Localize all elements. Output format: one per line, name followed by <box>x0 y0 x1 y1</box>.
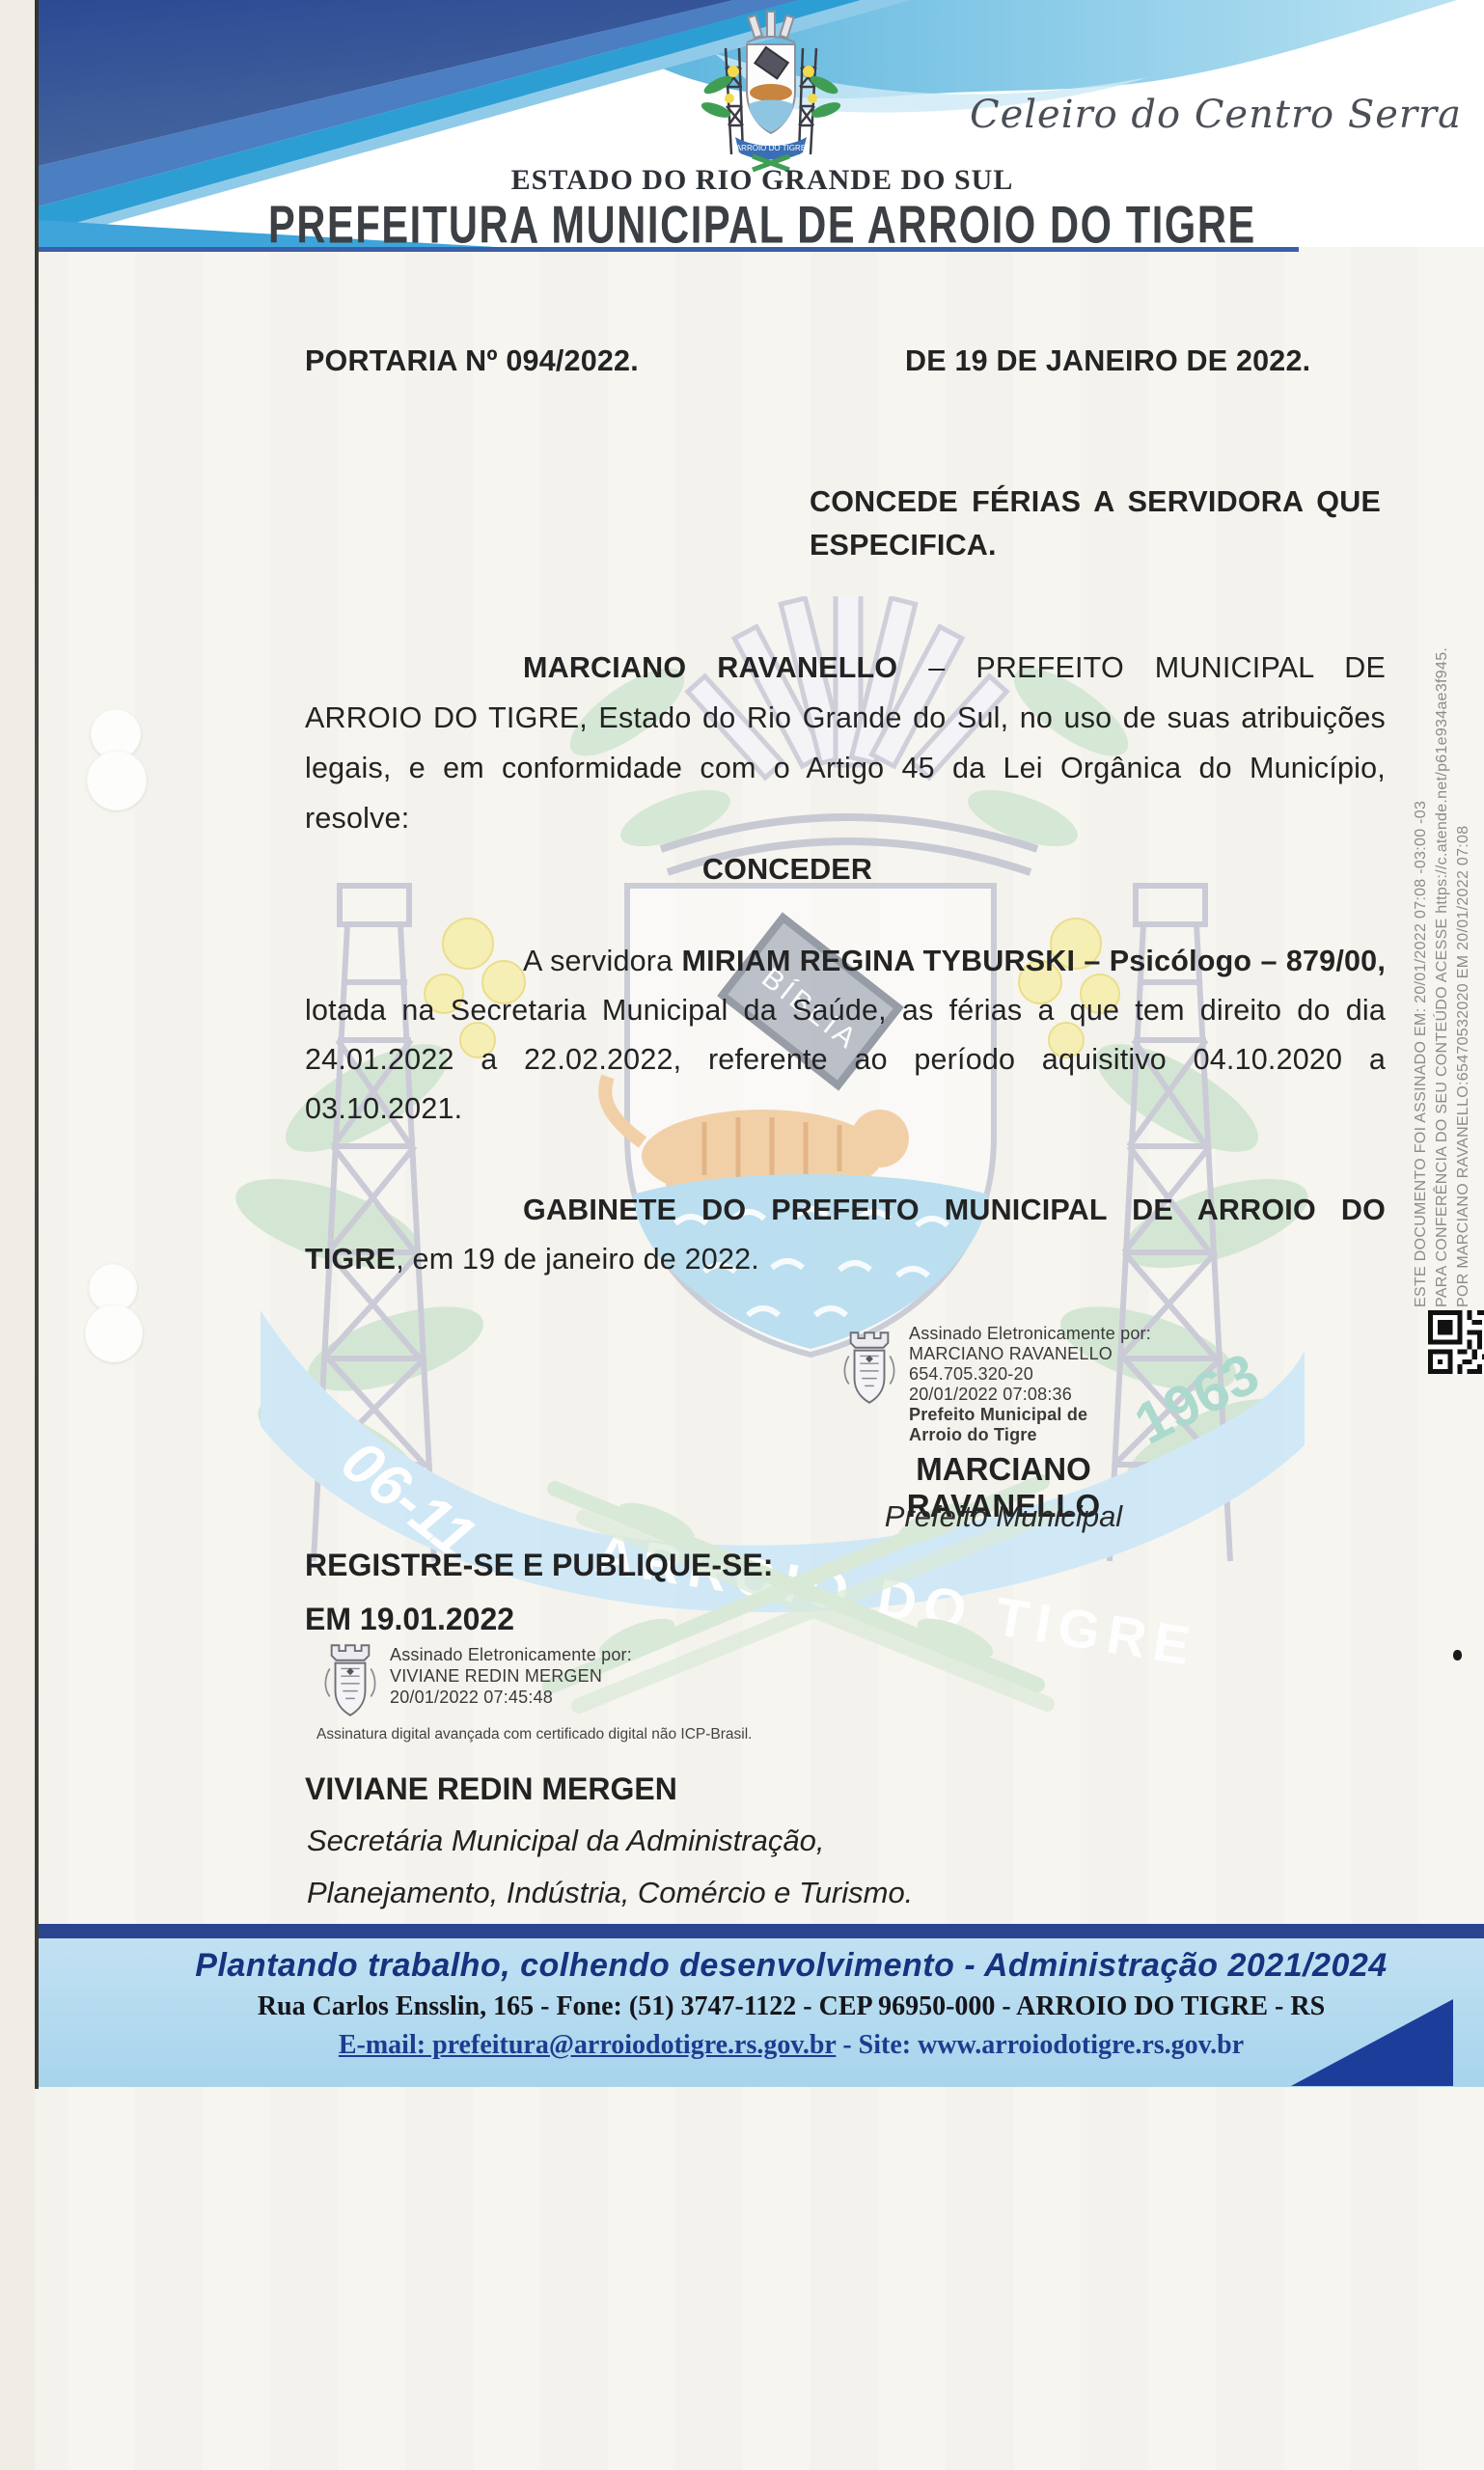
stamp-line: 20/01/2022 07:08:36 <box>909 1385 1151 1405</box>
validation-line: PARA CONFERÊNCIA DO SEU CONTEÚDO ACESSE … <box>1432 622 1453 1307</box>
mayor-electronic-stamp: Assinado Eletronicamente por: MARCIANO R… <box>909 1324 1151 1445</box>
portaria-number: PORTARIA Nº 094/2022. <box>305 336 639 386</box>
closing-paragraph: GABINETE DO PREFEITO MUNICIPAL DE ARROIO… <box>305 1186 1386 1284</box>
municipal-crest-logo: ARROIO DO TIGRE <box>697 10 845 174</box>
grant-paragraph-text: lotada na Secretaria Municipal da Saúde,… <box>305 994 1386 1125</box>
stamp-line: 654.705.320-20 <box>909 1364 1151 1385</box>
portaria-date: DE 19 DE JANEIRO DE 2022. <box>905 336 1310 386</box>
header-entity-name: PREFEITURA MUNICIPAL DE ARROIO DO TIGRE <box>135 195 1389 253</box>
stamp-line: Assinado Eletronicamente por: <box>909 1324 1151 1344</box>
ink-speck <box>1453 1650 1462 1660</box>
mayor-name-inline: MARCIANO RAVANELLO <box>523 651 897 684</box>
certificate-note: Assinatura digital avançada com certific… <box>316 1725 799 1743</box>
mayor-stamp-crest-icon <box>841 1328 897 1409</box>
secretary-role-line1: Secretária Municipal da Administração, <box>307 1824 824 1858</box>
register-heading: REGISTRE-SE E PUBLIQUE-SE: <box>305 1548 773 1583</box>
secretary-role-line2: Planejamento, Indústria, Comércio e Turi… <box>307 1876 913 1910</box>
stamp-line: MARCIANO RAVANELLO <box>909 1344 1151 1364</box>
document-summary: CONCEDE FÉRIAS A SERVIDORA QUE ESPECIFIC… <box>810 480 1381 567</box>
grant-paragraph: A servidora MIRIAM REGINA TYBURSKI – Psi… <box>305 937 1386 1134</box>
footer-top-stripe <box>39 1924 1484 1938</box>
stamp-line: VIVIANE REDIN MERGEN <box>390 1665 632 1687</box>
footer-address: Rua Carlos Ensslin, 165 - Fone: (51) 374… <box>116 1991 1467 2022</box>
scanned-document-page: BÍBLIA 06-11 ARROIO DO TIGRE 1963 <box>0 0 1484 2470</box>
emblem-ribbon-label: ARROIO DO TIGRE <box>736 144 806 152</box>
header-script-motto: Celeiro do Centro Serra <box>965 93 1467 137</box>
punch-hole <box>87 751 147 810</box>
scan-edge-line <box>35 0 39 2089</box>
mayor-signature-role: Prefeito Municipal <box>820 1499 1187 1534</box>
footer-contact: E-mail: prefeitura@arroiodotigre.rs.gov.… <box>116 2030 1467 2061</box>
stamp-line: Assinado Eletronicamente por: <box>390 1644 632 1665</box>
footer-slogan: Plantando trabalho, colhendo desenvolvim… <box>116 1947 1467 1985</box>
validation-line: POR MARCIANO RAVANELLO:65470532020 EM 20… <box>1453 622 1474 1307</box>
stamp-role-line: Arroio do Tigre <box>909 1425 1151 1445</box>
header-divider-rule <box>39 247 1299 252</box>
stamp-line: 20/01/2022 07:45:48 <box>390 1687 632 1708</box>
footer-site: - Site: www.arroiodotigre.rs.gov.br <box>836 2030 1244 2060</box>
closing-paragraph-text: , em 19 de janeiro de 2022. <box>396 1243 759 1276</box>
secretary-electronic-stamp: Assinado Eletronicamente por: VIVIANE RE… <box>390 1644 632 1708</box>
digital-validation-sidebar: ESTE DOCUMENTO FOI ASSINADO EM: 20/01/20… <box>1411 622 1474 1307</box>
grant-paragraph-pre: A servidora <box>523 945 682 977</box>
punch-hole <box>85 1304 143 1362</box>
secretary-stamp-crest-icon <box>322 1640 378 1721</box>
qr-code <box>1428 1310 1484 1374</box>
header-state-line: ESTADO DO RIO GRANDE DO SUL <box>328 164 1196 197</box>
resolution-heading: CONCEDER <box>305 844 1270 894</box>
scan-left-margin <box>0 0 35 2470</box>
secretary-signature-name: VIVIANE REDIN MERGEN <box>305 1771 677 1807</box>
servant-name-inline: MIRIAM REGINA TYBURSKI – Psicólogo – 879… <box>682 945 1386 977</box>
validation-line: ESTE DOCUMENTO FOI ASSINADO EM: 20/01/20… <box>1411 622 1432 1307</box>
footer-email: E-mail: prefeitura@arroiodotigre.rs.gov.… <box>339 2030 836 2060</box>
register-date: EM 19.01.2022 <box>305 1602 514 1637</box>
opening-paragraph: MARCIANO RAVANELLO – PREFEITO MUNICIPAL … <box>305 643 1386 843</box>
stamp-role-line: Prefeito Municipal de <box>909 1405 1151 1425</box>
